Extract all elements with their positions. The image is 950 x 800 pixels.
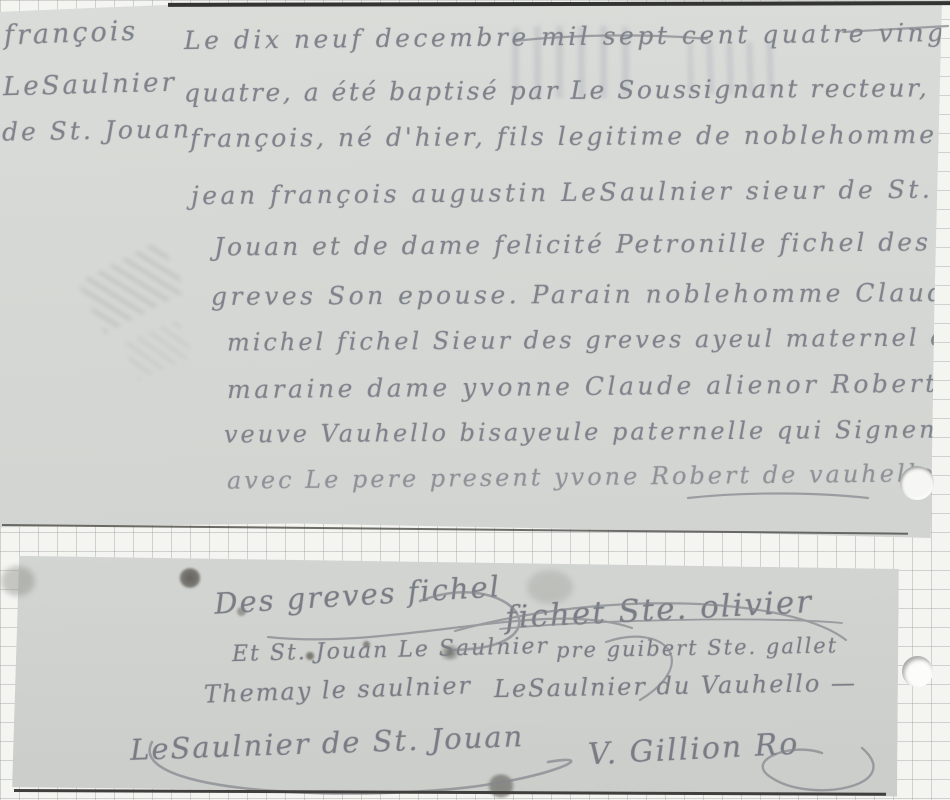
signature: pre guibert Ste. gallet (556, 634, 839, 663)
ink-bleedthrough-mark (78, 240, 186, 334)
record-line: maraine dame yvonne Claude alienor Rober… (227, 369, 939, 404)
margin-note-line: LeSaulnier (3, 68, 178, 103)
record-line: Jouan et de dame felicité Petronille fic… (214, 227, 931, 261)
record-line: michel fichel Sieur des greves ayeul mat… (227, 323, 950, 356)
main-record-paper: françois LeSaulnier de St. Jouan Le dix … (0, 0, 942, 538)
record-line: jean françois augustin LeSaulnier sieur … (191, 175, 934, 210)
record-line: veuve Vauhello bisayeule paternelle qui … (224, 415, 950, 448)
ink-blot (179, 568, 201, 588)
margin-note-line: françois (3, 16, 138, 52)
record-line: Le dix neuf decembre mil sept cent quatr… (184, 18, 950, 55)
punch-hole (902, 656, 933, 687)
ink-blot (487, 774, 515, 798)
punch-hole (900, 466, 934, 500)
record-line: quatre, a été baptisé par Le Soussignant… (184, 73, 929, 107)
scanned-document-page: françois LeSaulnier de St. Jouan Le dix … (0, 0, 950, 800)
ink-smudge (1, 566, 35, 596)
record-line: avec Le pere present yvone Robert de vau… (227, 459, 936, 494)
record-line: françois, né d'hier, fils legitime de no… (190, 120, 937, 153)
record-line: greves Son epouse. Parain noblehomme Cla… (211, 278, 950, 311)
margin-note-line: de St. Jouan (2, 114, 192, 146)
ink-bleedthrough-mark (122, 320, 193, 381)
